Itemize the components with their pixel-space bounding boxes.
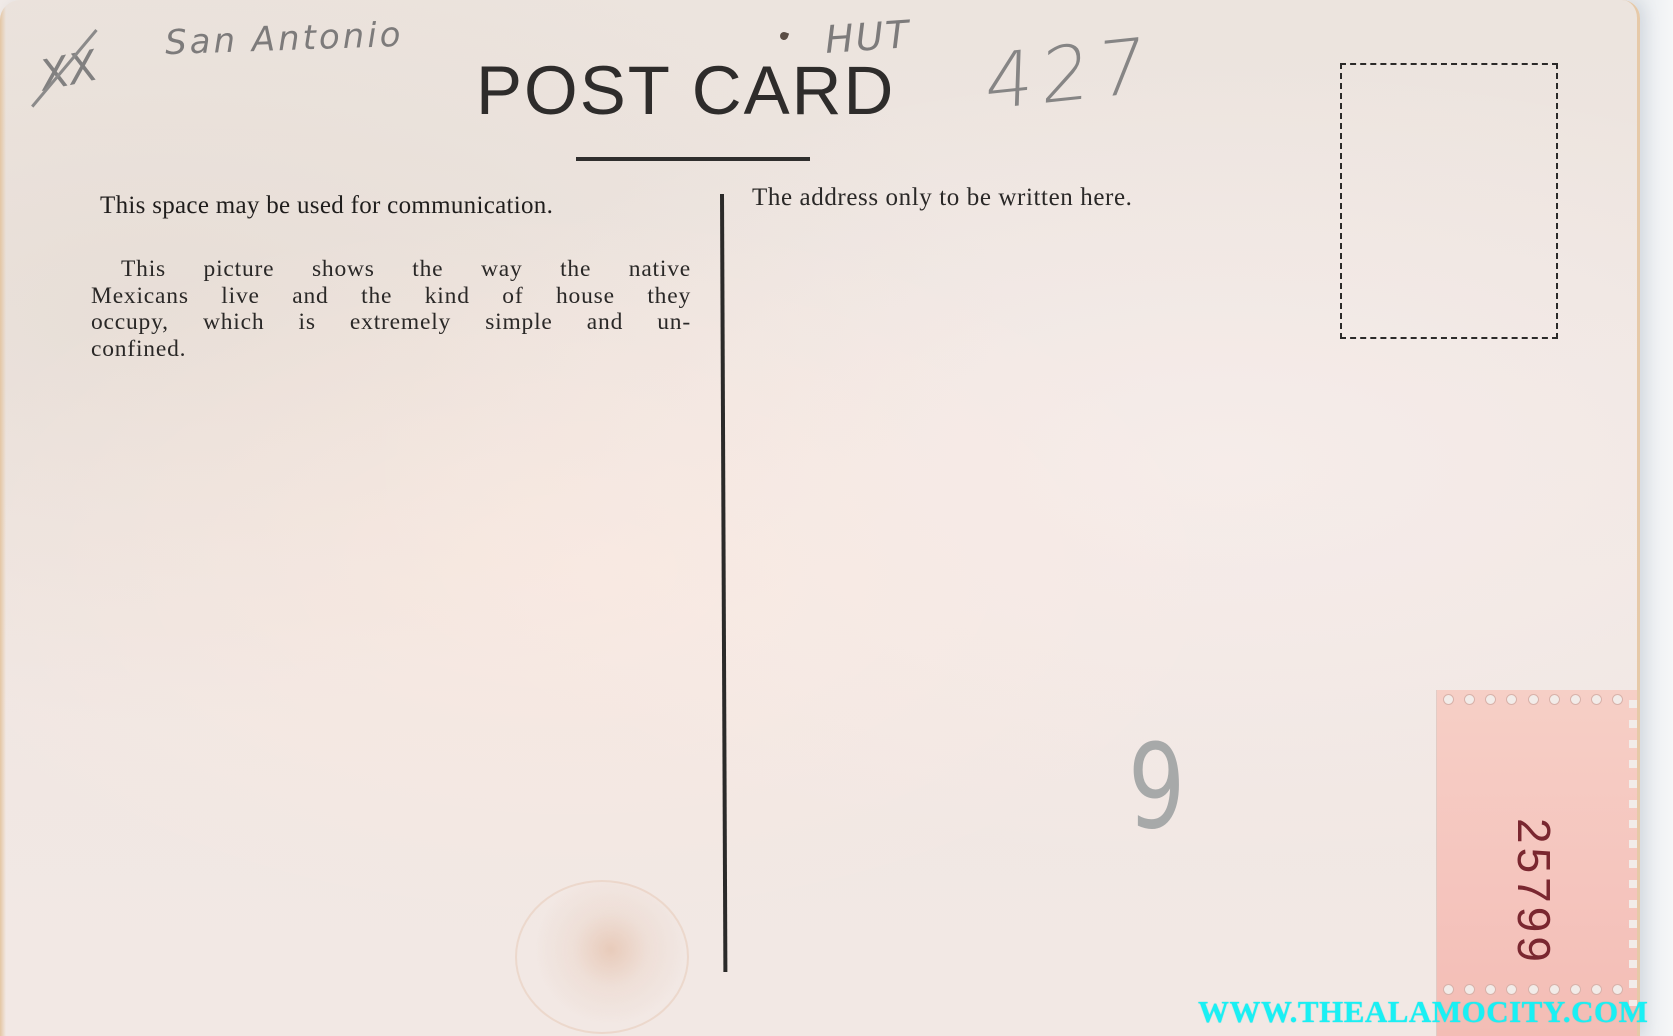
postcard-title: POST CARD <box>476 56 895 125</box>
watermark-link: WWW.THEALAMOCITY.COM <box>1198 996 1648 1027</box>
perforation-right <box>1629 700 1637 1006</box>
communication-heading: This space may be used for communication… <box>100 192 553 220</box>
center-divider <box>720 194 727 972</box>
title-underline <box>576 157 810 161</box>
caption-line: This picture shows the way the native <box>91 256 691 283</box>
picture-caption: This picture shows the way the native Me… <box>91 256 691 362</box>
ticket-number: 25799 <box>1511 818 1557 966</box>
handwritten-city: San Antonio <box>164 18 404 60</box>
stamp-box <box>1340 63 1558 339</box>
handwritten-number: 427 <box>984 27 1155 121</box>
handwritten-corner-number: 9 <box>1128 730 1185 847</box>
pin-hole <box>779 31 789 41</box>
caption-line: Mexicans live and the kind of house they <box>91 283 691 310</box>
caption-line: occupy, which is extremely simple and un… <box>91 309 691 336</box>
caption-line: confined. <box>91 336 691 363</box>
postcard-back: XX San Antonio HUT 427 POST CARD This sp… <box>0 0 1640 1036</box>
perforation-top <box>1443 694 1623 706</box>
address-heading: The address only to be written here. <box>752 184 1133 212</box>
water-stain <box>515 880 689 1034</box>
